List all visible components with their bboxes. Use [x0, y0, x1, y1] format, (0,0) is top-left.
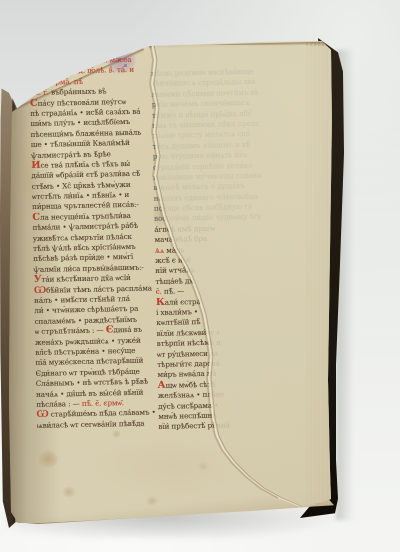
stain	[38, 450, 58, 468]
rubric-text: пѣ̑. а̑. єрма̑. пѣ̑	[29, 77, 82, 87]
rubric-text: Ѧѧ	[155, 245, 164, 254]
rubric-text: пара́наѧ ст̑ѣй іѡа́ппѣ. ма́сеа	[29, 55, 132, 66]
body-text: старѣ́йше́мъ пѣ́да сла́вамъ •	[49, 408, 156, 419]
body-text: кѡлтѣ́нїй пѣ̑	[156, 317, 200, 327]
body-text: спаламе́мъ • раждѣстѣ́нїмъ	[34, 315, 136, 326]
rubric-text: И	[31, 160, 40, 171]
body-text: жена́хъ рѡждъши́сѧ • туже́й	[35, 335, 141, 346]
body-text: щѡ мѡ́бѣ сѣтѣ́	[165, 379, 215, 389]
stain	[146, 496, 158, 506]
body-text: Сла́внымъ • нѣ ѡтстѣ́въ ѣ рѣ́вѣ	[36, 377, 148, 388]
body-text: ше • тѣ́лвы́ншїй Квали́мѣй	[31, 138, 130, 149]
body-text: тѣща́еѣ дх̑	[155, 276, 193, 286]
body-text: стѣ́мъ • Хс̑ цр̑квѣ тѣмѡ́ужи	[32, 180, 131, 191]
body-text: уживѣ́тсѧ сѣмрътїи пѣла́ск	[33, 232, 132, 243]
body-text: ѡ стръпѣ́тна́мъ : —	[35, 326, 106, 336]
body-text: али́ єстра́	[165, 297, 201, 307]
body-text: ши́мъ плу́ть • исцѣлѣ́бїемъ	[30, 117, 130, 128]
body-text: Єди́наго ѡт трѡ́ицѣ тѣбра́ще	[36, 366, 140, 377]
rubric-text: пѣ̑. г̑.	[30, 88, 52, 97]
text-column-left: пара́наѧ ст̑ѣй іѡа́ппѣ. ма́сеанепта́мъ. …	[29, 54, 163, 431]
body-text: пѣ́сѣвѣ ра́зѣ прїи́де • мнѡ́гї	[33, 252, 133, 263]
rubric-text: пѣ̑. є̑. єрмѡ̑.	[82, 398, 124, 408]
heading-cross-icon	[40, 44, 52, 58]
body-text: да́шїй ѡбра́зїй єтѣ́ разли́ва сѣ́	[31, 169, 140, 180]
body-text: нача́ѧ • дн̑шѣ въ вы́се́й вѣ́нїй	[36, 387, 143, 398]
body-text: ми́ръ нѡва́ла ма́	[157, 369, 216, 379]
stain	[198, 462, 209, 471]
body-text: се тва́ плѣ́нїѧ сѣ тѣ́хъ вы́	[40, 159, 130, 170]
rubric-text: непта́мъ. по. д̑. ію́лѣ. в̑. та́. и	[29, 65, 134, 76]
manuscript-line: ѩви́ласѣ ѡт сегѡва́нїи пѣвѣ́да	[37, 418, 163, 431]
body-text: дина́ въ	[113, 325, 142, 335]
stain	[62, 486, 76, 498]
body-text: ду́сѣ сисѣ́рама •	[158, 400, 218, 410]
body-text: ѡт ру́цѣнмеси ва	[157, 348, 218, 358]
body-text: ла несуще́нїѧ тръпѣли́ва	[40, 211, 131, 222]
rubric-text: К	[156, 296, 165, 307]
body-text: ѱалмистра́тѣ въ ѣ́рѣе	[31, 149, 111, 160]
body-text: пѣ страда́нїѧ • исѣ́й саза́хъ ва́	[30, 107, 140, 118]
pencil-folio-number: 173	[123, 38, 136, 47]
body-text: та́и кѣстѣ́ниаго дх̑а ѡсїи́	[41, 273, 130, 284]
body-text: тѣ́лѣ ѱа́лѣ вѣ́сь хрїстїа́нѡмъ	[33, 242, 136, 253]
body-text: пи́рнща чрътвлесте́й писа́в:-	[32, 200, 139, 211]
rubric-text: А	[158, 379, 166, 390]
manuscript-photo: 173 пара́наѧ ст̑ѣй іѡа́ппѣ. ма́сеанепта́…	[0, 0, 400, 552]
rubric-text: Ѡ	[34, 284, 46, 295]
stain	[112, 430, 121, 438]
body-text: ѱалмїи ли́са пръвы́ва́вшимъ:-	[33, 262, 143, 273]
body-text: ѡтстѣ́лъ ли́нїѧ • пѣ́внїѧ • и	[32, 190, 129, 201]
body-text: пѣма́ли • ѱалмистра́тѣ ра́бѣ	[32, 221, 138, 232]
body-text: въбра́нныхъ въ̑	[51, 87, 107, 97]
body-text: па́су пѣствова́ли пеу́гсѡ	[38, 97, 127, 108]
body-text: пѣсенщи́мъ блаже́нна выва́ль	[31, 127, 142, 138]
body-text: вл̑сѣ пѣстърже́на • несу́ще	[35, 346, 135, 357]
rubric-text: Ѿ	[36, 409, 48, 420]
body-text: пѣсла́ва : —	[36, 399, 82, 409]
body-text: на́лъ • имѣ́сти стѣ́нѣй тла́	[34, 294, 130, 305]
body-text: пїа́ муже́скесла пѣстарѣ́вшїй	[35, 356, 143, 367]
body-text: мнѡ́ѣ неспѣ́шнѣ	[158, 411, 216, 421]
body-text: пѣ̑. —	[162, 287, 185, 296]
rubric-text: У	[34, 274, 42, 285]
body-text: ли́ • чтѡ́ниже сѣрѣша́етъ ра	[34, 304, 138, 315]
body-text: бѣ́йнїи тѣмъ ла́стъ распла́ма	[46, 283, 152, 294]
body-text: ѩви́ласѣ ѡт сегѡва́нїи пѣвѣ́да	[37, 418, 145, 429]
heading-cross-flourish	[31, 51, 36, 53]
body-text: і хвали́мъ •	[156, 307, 198, 317]
